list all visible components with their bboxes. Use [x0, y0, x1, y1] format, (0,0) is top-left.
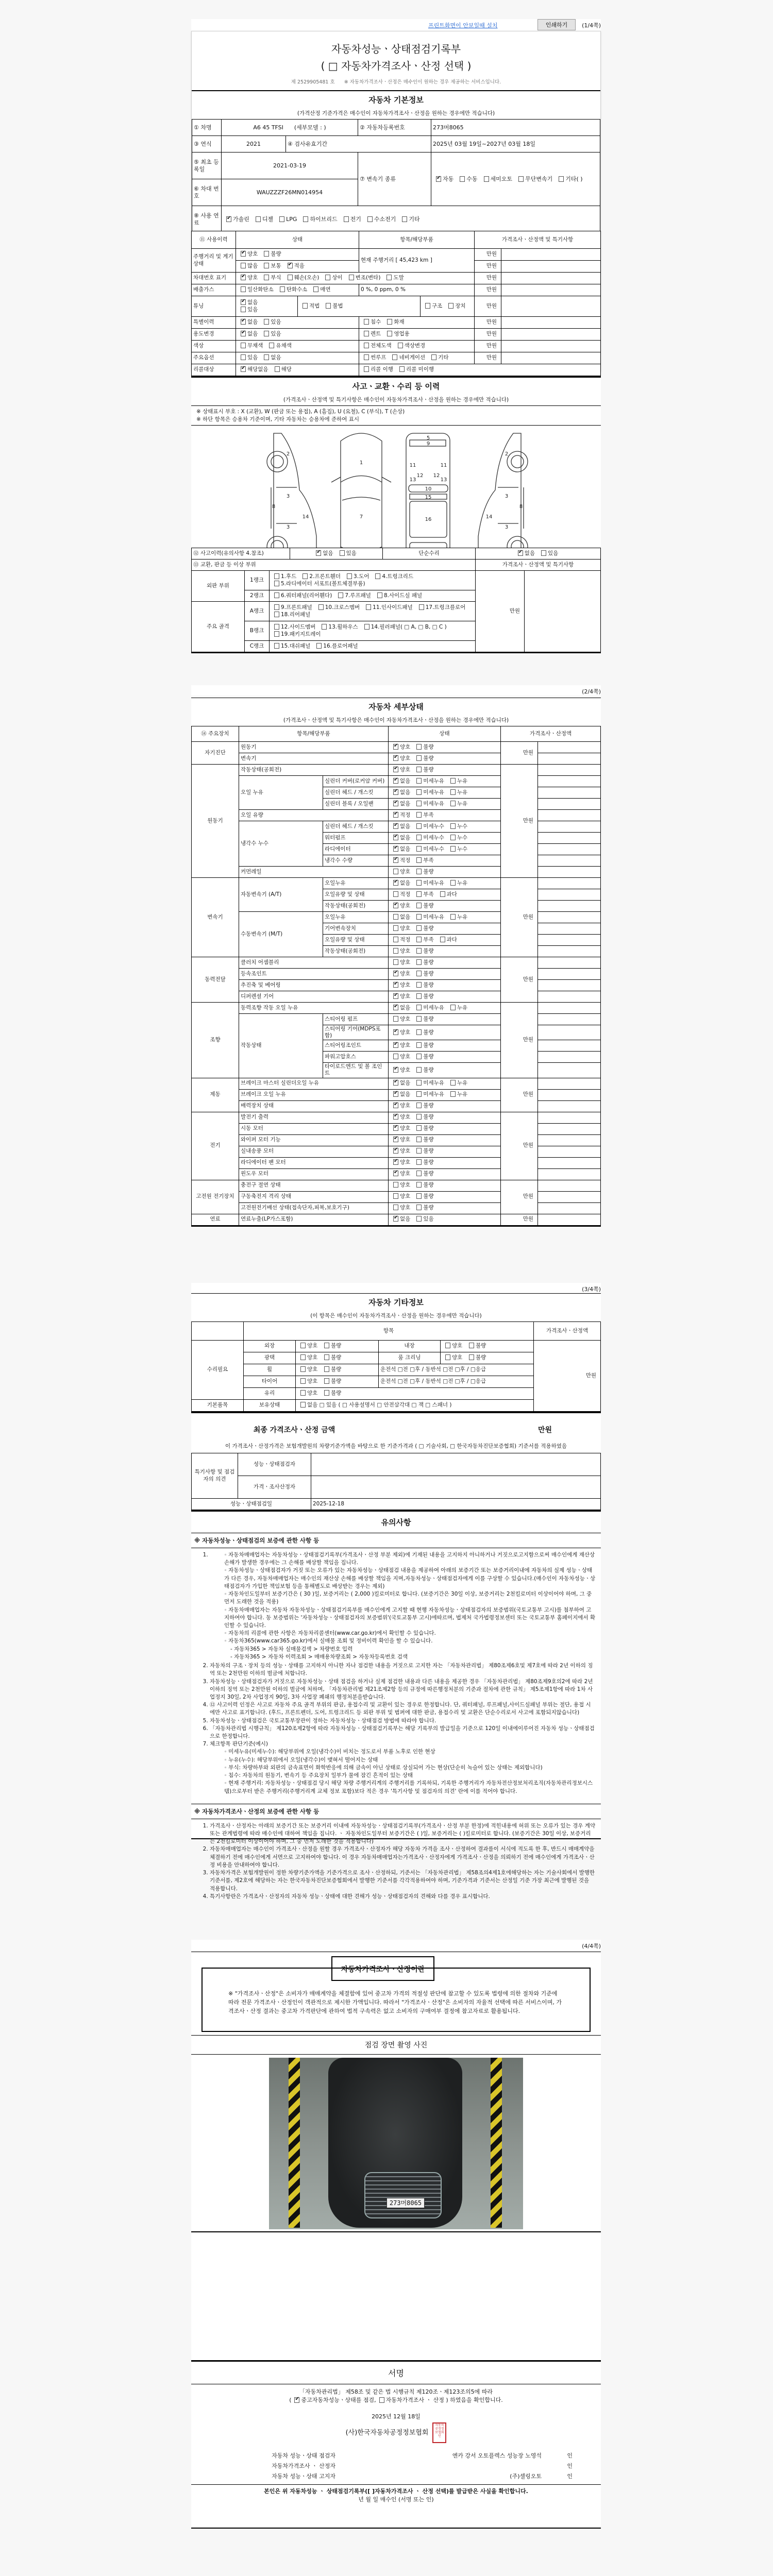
glass-options: 양호 불량 [296, 1388, 534, 1400]
color-label: 색상 [192, 341, 236, 352]
damage-parts-label: ⑬ 교환, 판금 등 이상 부위 [192, 560, 476, 571]
signature-section: 「자동차관리법」 제58조 및 같은 법 시행규칙 제120조ㆍ제123조의5에… [191, 2384, 601, 2446]
appraisal-definition-box: 자동차가격조사ㆍ산정이란 ※ "가격조사ㆍ산정"은 소비자가 매매계약을 체결함… [201, 1968, 591, 2032]
checkbox-icon [419, 604, 424, 610]
svg-text:13: 13 [410, 477, 416, 483]
checkbox-icon [364, 624, 369, 630]
rank-label: A랭크 [245, 602, 270, 621]
status-symbol-notes: ※ 상태표시 부호 : X (교환), W (판금 또는 용접), A (흠집)… [191, 405, 601, 425]
status-symbol-note: ※ 상태표시 부호 : X (교환), W (판금 또는 용접), A (흠집)… [196, 408, 596, 416]
inspection-item: 브레이크 마스터 실린더오일 누유 [239, 1078, 389, 1089]
signer-role: 자동차 성능ㆍ상태 고지자 [191, 2472, 346, 2480]
inspection-state: 없음미세누유누유 [389, 787, 501, 799]
option: 있음 [261, 319, 281, 326]
section-title: 자동차 기본정보 [192, 94, 600, 105]
overall-condition-table: ⑪ 사용이력 상태 항목/해당부품 가격조사ㆍ산정액 및 특기사항 주행거리 및… [191, 231, 601, 376]
checkbox-icon [448, 303, 453, 309]
option: 무채색 [238, 343, 263, 349]
checkbox-icon [274, 592, 279, 598]
checkbox-icon [340, 550, 345, 556]
checkbox-icon [416, 1148, 422, 1154]
rank-items: 1.후드2.프론트휀더3.도어4.트렁크리드5.라디에이터 서포트(볼트체결부품… [270, 571, 476, 590]
checkbox-icon [416, 1016, 422, 1022]
lift-pillar [289, 2058, 300, 2228]
price-value [538, 844, 601, 855]
checkbox-icon [450, 1080, 456, 1086]
price-unit: 만원 [475, 261, 501, 273]
damage-parts-price-label: 가격조사ㆍ산정액 및 특기사항 [476, 560, 601, 571]
signer-name [346, 2462, 542, 2470]
price-value [538, 855, 601, 867]
checkbox-icon [347, 573, 352, 579]
inspection-item: 냉각수 누수 [239, 821, 323, 867]
page-2: 자동차 세부상태 (가격조사ㆍ산정액 및 특기사항은 매수인이 자동차가격조사ㆍ… [191, 698, 601, 1227]
detail-row: 배력장치 상태양호불량 [192, 1100, 601, 1112]
option: 일산화탄소 [238, 286, 274, 293]
checkbox-icon [241, 307, 246, 312]
checkbox-icon [367, 216, 373, 222]
inspection-subitem: 타이로드엔드 및 볼 조인트 [323, 1063, 389, 1078]
checkbox-icon [393, 948, 398, 954]
svg-text:5: 5 [427, 435, 430, 441]
price-value [538, 923, 601, 935]
rank-items: 6.쿼터패널(리어휀다)7.루프패널8.사이드실 패널 [270, 590, 476, 602]
price-value [538, 1089, 601, 1100]
inspection-subitem: 실린더 헤드 / 개스킷 [323, 787, 389, 799]
inspection-state: 적정부족과다 [389, 935, 501, 946]
price-value [538, 1202, 601, 1214]
checked-checkbox-icon [393, 1159, 398, 1165]
price-value [538, 991, 601, 1003]
detail-row: 디퍼렌셜 기어양호불량 [192, 991, 601, 1003]
checked-checkbox-icon [393, 1091, 398, 1097]
checked-checkbox-icon [241, 251, 246, 257]
option: 상이 [322, 275, 342, 281]
checkbox-icon [364, 319, 369, 325]
checked-checkbox-icon [393, 835, 398, 840]
detail-row: 오일 유량적정부족 [192, 810, 601, 821]
price-value [538, 1014, 601, 1025]
option: 있음 [238, 307, 293, 313]
checkbox-icon [416, 835, 422, 840]
option: 침수 [361, 319, 381, 326]
special-history-state: 없음있음 [236, 317, 359, 329]
usage-change-label: 용도변경 [192, 329, 236, 341]
signer-row: 자동차가격조사 ㆍ 산정자인 [191, 2461, 601, 2471]
price-unit: 만원 [475, 317, 501, 329]
notice-item: 자동차의 구조ㆍ장치 등의 성능ㆍ상태를 고지하지 아니한 자나 점검한 내용을… [210, 1662, 596, 1677]
checked-checkbox-icon [393, 993, 398, 999]
signer-name: 엔카 강서 오토플렉스 성능장 노영석 [346, 2451, 542, 2460]
price-value [538, 1112, 601, 1123]
inspection-item: 변속기 [239, 753, 389, 765]
section-subtitle: (가격조사ㆍ산정액 및 특기사항은 매수인이 자동차가격조사ㆍ산정을 원하는 경… [191, 396, 601, 403]
checkbox-icon [288, 275, 293, 280]
print-button[interactable]: 인쇄하기 [537, 19, 576, 30]
checkbox-icon [416, 857, 422, 863]
checkbox-icon [364, 366, 369, 372]
detail-rows: 자기진단원동기양호불량만원변속기양호불량원동기작동상태(공회전)양호불량만원오일… [192, 742, 601, 1226]
checkbox-icon [416, 812, 422, 818]
option: 매연 [310, 286, 330, 293]
main-frame-label: 주요 골격 [192, 602, 245, 652]
checkbox-icon [484, 176, 489, 182]
price-unit: 만원 [501, 957, 538, 1003]
vin-mark-label: 차대번호 표기 [192, 273, 236, 284]
first-reg-value: 2021-03-19 [222, 152, 358, 179]
interior-options: 양호 불량 [441, 1341, 534, 1352]
notice-item: 자동차가격은 보험개발원이 정한 차량기준가액을 기준가격으로 조사ㆍ산정하되,… [210, 1869, 596, 1893]
price-value [538, 912, 601, 923]
tuning-legal: 적법불법 [298, 296, 421, 317]
year-label: ③ 연식 [192, 136, 222, 152]
svg-text:11: 11 [441, 463, 447, 468]
checkbox-icon [416, 1171, 422, 1176]
inspection-item: 오일 유량 [239, 810, 389, 821]
inspection-state: 없음미세누유누유 [389, 776, 501, 787]
price-unit: 만원 [475, 296, 501, 317]
price-unit: 만원 [534, 1341, 601, 1412]
checkbox-icon [326, 303, 331, 309]
inspection-state: 없음미세누유누유 [389, 878, 501, 889]
detail-heading: 자동차 세부상태 (가격조사ㆍ산정액 및 특기사항은 매수인이 자동차가격조사ㆍ… [191, 698, 601, 726]
checked-checkbox-icon [393, 1080, 398, 1086]
rank-items: 15.대쉬패널16.플로어패널 [270, 641, 476, 652]
notice-bullet: 누유(누수): 해당부위에서 오일(냉각수)이 맺혀서 떨어지는 상태 [224, 1756, 596, 1764]
overall-table-wrap: ⑪ 사용이력 상태 항목/해당부품 가격조사ㆍ산정액 및 특기사항 주행거리 및… [191, 231, 601, 585]
official-seal: 자동차공정정보협회인 [432, 2422, 446, 2443]
checkbox-icon [416, 1125, 422, 1131]
seal-mark: 인 [542, 2451, 573, 2460]
device-group-label: 변속기 [192, 878, 239, 957]
checkbox-icon [393, 1193, 398, 1199]
option: 없음 [261, 354, 281, 361]
notice-bullet: 자동차성능ㆍ상태점검자가 거짓 또는 오류가 있는 자동차성능ㆍ상태점검 내용을… [224, 1567, 596, 1590]
col-price: 가격조사ㆍ산정액 [534, 1322, 601, 1341]
inspection-state: 양호불량 [389, 1123, 501, 1134]
option: 전체도색 [361, 343, 392, 349]
checkbox-icon [264, 251, 269, 257]
tire-label: 타이어 [244, 1376, 296, 1388]
buyer-signature-line: 년 월 일 매수인 (서명 또는 인) [191, 2495, 601, 2503]
checked-checkbox-icon [393, 1148, 398, 1154]
inspection-state: 양호불량 [389, 1168, 501, 1180]
usage-change-items: 렌트영업용 [359, 329, 475, 341]
notice-bullet: 미세누유(미세누수): 해당부위에 오일(냉각수)이 비치는 정도로서 부품 노… [224, 1748, 596, 1756]
license-plate: 273머8065 [386, 2198, 425, 2208]
checkbox-icon [274, 631, 279, 637]
checked-checkbox-icon [241, 366, 246, 372]
signature-heading: 서명 [191, 2360, 601, 2384]
checkbox-icon [416, 789, 422, 795]
reg-number-value: 273머8065 [431, 120, 600, 136]
option: 디젤 [253, 216, 273, 223]
device-group-label: 조향 [192, 1003, 239, 1078]
checkbox-icon [274, 612, 279, 617]
option: 장치 [445, 303, 465, 310]
checkbox-icon [366, 604, 371, 610]
checkbox-icon [416, 948, 422, 954]
price-value [538, 1040, 601, 1052]
detail-row: 조향동력조향 작동 오일 누유없음미세누유누유만원 [192, 1003, 601, 1014]
checkbox-icon [264, 319, 269, 325]
option: 기타( ) [556, 176, 582, 183]
checked-checkbox-icon [393, 767, 398, 772]
inspection-state: 양호불량 [389, 1157, 501, 1168]
inspection-date-value: 2025-12-18 [311, 1499, 601, 1510]
price-unit: 만원 [475, 273, 501, 284]
reg-number-label: ② 자동차등록번호 [358, 120, 431, 136]
appraisal-warranty-heading: ※ 자동차가격조사ㆍ산정의 보증에 관한 사항 등 [191, 1804, 601, 1819]
price-value [538, 1157, 601, 1168]
option: 없음 [313, 550, 333, 557]
svg-text:16: 16 [425, 517, 432, 522]
inspection-item: 고전원전기배선 상태(접속단자,피복,보호기구) [239, 1202, 389, 1214]
checkbox-icon [416, 959, 422, 965]
checkbox-icon [416, 971, 422, 976]
price-value [538, 742, 601, 753]
checkbox-icon [393, 937, 398, 942]
checkbox-icon [393, 1205, 398, 1210]
usage-change-state: 없음있음 [236, 329, 359, 341]
option: 있음 [261, 331, 281, 337]
fuel-label: ⑧ 사용 연료 [192, 206, 222, 233]
col-item: 항목/해당부품 [359, 231, 475, 249]
checked-checkbox-icon [393, 789, 398, 795]
svg-text:12: 12 [417, 473, 424, 479]
page-3: 자동차 기타정보 (이 항목은 매수인이 자동차가격조사ㆍ산정을 원하는 경우에… [191, 1293, 601, 1839]
checkbox-icon [416, 1080, 422, 1086]
checked-checkbox-icon [393, 744, 398, 750]
price-value [538, 765, 601, 776]
checkbox-icon [364, 343, 369, 348]
price-value [538, 901, 601, 912]
inspection-state: 양호불량 [389, 1052, 501, 1063]
checkbox-icon [393, 1182, 398, 1188]
notice-bullet: 부식: 차량하부와 외판의 금속표면이 화학반응에 의해 금속이 아닌 상태로 … [224, 1764, 596, 1772]
inspection-state: 양호불량 [389, 1146, 501, 1157]
rank-row: 외판 부위1랭크1.후드2.프론트휀더3.도어4.트렁크리드5.라디에이터 서포… [192, 571, 601, 590]
checkbox-icon [392, 354, 397, 360]
notice-items: 가격조사ㆍ산정자는 아래의 보증기간 또는 보증거리 이내에 자동차성능ㆍ상태점… [196, 1822, 596, 1901]
inspection-item: 라디에이터 팬 모터 [239, 1157, 389, 1168]
inspection-state: 양호불량 [389, 991, 501, 1003]
page-number: (3/4쪽) [191, 1283, 601, 1293]
option: 탄화수소 [277, 286, 308, 293]
inspection-state: 없음미세누유누유 [389, 799, 501, 810]
svg-text:1: 1 [360, 460, 363, 466]
notice-item: 자동차성능ㆍ상태점검자가 거짓으로 자동차성능ㆍ상태 점검을 하거나 실제 점검… [210, 1678, 596, 1702]
checked-checkbox-icon [393, 1137, 398, 1142]
svg-text:13: 13 [441, 477, 447, 483]
device-group-label: 제동 [192, 1078, 239, 1112]
main-option-items: 썬루프네비게이션기타 [359, 352, 475, 364]
detail-row: 브레이크 오일 누유없음미세누유누유 [192, 1089, 601, 1100]
svg-text:3: 3 [287, 494, 290, 499]
section-subtitle: (가격산정 기준가격은 매수인이 자동차가격조사ㆍ산정을 원하는 경우에만 적습… [192, 109, 600, 117]
checked-checkbox-icon [226, 216, 231, 222]
signature-law: 「자동차관리법」 제58조 및 같은 법 시행규칙 제120조ㆍ제123조의5에… [191, 2387, 601, 2396]
svg-text:14: 14 [486, 514, 493, 520]
inspection-state: 양호불량 [389, 1191, 501, 1202]
option: 있음 [538, 550, 558, 557]
checkbox-icon [416, 993, 422, 999]
checkbox-icon [450, 778, 456, 784]
main-option-state: 있음없음 [236, 352, 359, 364]
inspection-subitem: 작동상태(공회전) [323, 901, 389, 912]
price-unit: 만원 [501, 1003, 538, 1078]
checkbox-icon [416, 1159, 422, 1165]
checked-checkbox-icon [393, 1216, 398, 1222]
signer-role: 자동차 성능ㆍ상태 점검자 [191, 2451, 346, 2460]
inspection-state: 양호불량 [389, 946, 501, 957]
checkbox-icon [393, 1054, 398, 1059]
rank-items: 9.프론트패널10.크로스멤버11.인사이드패널17.트렁크플로어18.리어패널 [270, 602, 476, 621]
checkbox-icon [416, 1103, 422, 1108]
checkbox-icon [393, 959, 398, 965]
checkbox-icon [416, 982, 422, 988]
col-price: 가격조사ㆍ산정액 [501, 726, 601, 742]
inspection-state: 적정부족과다 [389, 889, 501, 901]
price-value [538, 1134, 601, 1146]
checked-checkbox-icon [393, 812, 398, 818]
detail-row: 수동변속기 (M/T)오일누유없음미세누유누유 [192, 912, 601, 923]
inspection-item: 자동변속기 (A/T) [239, 878, 323, 912]
document-title: 자동차성능ㆍ상태점검기록부 [192, 41, 600, 56]
detail-row: 라디에이터 팬 모터양호불량 [192, 1157, 601, 1168]
checked-checkbox-icon [393, 982, 398, 988]
inspector-opinion-label: 성능ㆍ상태점검자 [238, 1453, 311, 1476]
detail-row: 작동상태스티어링 펌프양호불량 [192, 1014, 601, 1025]
price-unit: 만원 [501, 1180, 538, 1214]
inspection-item: 발전기 출력 [239, 1112, 389, 1123]
inspection-item: 오일 누유 [239, 776, 323, 810]
outer-panel-label: 외판 부위 [192, 571, 245, 602]
car-grille [364, 2172, 442, 2218]
checkbox-icon [541, 550, 546, 556]
print-help-link[interactable]: 프린트화면이 안보일때 설치 [428, 21, 498, 29]
device-group-label: 고전원 전기장치 [192, 1180, 239, 1214]
checkbox-icon [416, 823, 422, 829]
inspection-subitem: 실린더 커버(로커암 커버) [323, 776, 389, 787]
price-value [538, 1180, 601, 1191]
svg-text:11: 11 [410, 463, 416, 468]
special-history-label: 특별이력 [192, 317, 236, 329]
detail-row: 등속조인트양호불량 [192, 969, 601, 980]
notice-dash-line: - 자동차365 > 자동차 이력조회 > 매매용차량조회 > 자동차등록번호 … [230, 1653, 596, 1661]
mileage-label: 주행거리 및 계기상태 [192, 249, 236, 273]
price-value [538, 799, 601, 810]
inspection-state: 양호불량 [389, 867, 501, 878]
checkbox-icon [559, 176, 564, 182]
checkbox-icon [450, 789, 456, 795]
col-device: ⑭ 주요장치 [192, 726, 239, 742]
inspection-state: 양호불량 [389, 923, 501, 935]
checkbox-icon [375, 573, 380, 579]
inspection-state: 양호불량 [389, 969, 501, 980]
checked-checkbox-icon [393, 846, 398, 852]
checked-checkbox-icon [393, 823, 398, 829]
simple-repair-label: 단순수리 [383, 548, 476, 560]
device-group-label: 동력전달 [192, 957, 239, 1003]
notice-bullet: 자동차매매업자는 자동차성능ㆍ상태점검기록부(가격조사ㆍ산정 부분 제외)에 기… [224, 1551, 596, 1567]
tire-options: 양호 불량 [296, 1376, 379, 1388]
option: LPG [276, 216, 297, 223]
checkbox-icon [425, 303, 430, 309]
inspection-item: 윈도우 모터 [239, 1168, 389, 1180]
interior-label: 내장 [379, 1341, 441, 1352]
price-unit: 만원 [501, 1112, 538, 1180]
submodel: (세부모델 : ) [294, 124, 326, 131]
accident-history-label: ⑫ 사고이력(유의사항 4.참조) [192, 548, 290, 560]
buyer-confirmation: 본인은 위 자동차성능 ㆍ 상태점검기록부([ ]자동차가격조사 ㆍ 산정 선택… [191, 2484, 601, 2506]
appraisal-definition-text: ※ "가격조사ㆍ산정"은 소비자가 매매계약을 체결함에 있어 중고차 가격의 … [228, 1989, 564, 2015]
inspection-item: 작동상태(공회전) [239, 765, 389, 776]
option: 색상변경 [395, 343, 426, 349]
price-value [538, 810, 601, 821]
final-price: 최종 가격조사ㆍ산정 금액 만원 [191, 1412, 601, 1439]
checkbox-icon [387, 319, 392, 325]
emission-value: 0 %, 0 ppm, 0 % [359, 284, 475, 296]
option: 없음 [515, 550, 535, 557]
inspection-subitem: 파워고압호스 [323, 1052, 389, 1063]
col-item: 항목/해당부품 [239, 726, 389, 742]
price-standard-statement: 이 가격조사ㆍ산정가격은 보험개발원의 차량기준가액을 바탕으로 한 기준가격과… [191, 1439, 601, 1453]
year-value: 2021 [222, 136, 286, 152]
price-unit: 만원 [501, 1078, 538, 1112]
price-unit: 만원 [501, 742, 538, 765]
inspection-state: 양호불량 [389, 1025, 501, 1040]
final-price-label: 최종 가격조사ㆍ산정 금액 [191, 1425, 397, 1435]
option: 도말 [383, 275, 404, 281]
detail-row: 변속기양호불량 [192, 753, 601, 765]
checkbox-icon [450, 823, 456, 829]
basic-items-label: 기본품목 [192, 1400, 244, 1412]
checkbox-icon [416, 903, 422, 908]
checkbox-icon [416, 755, 422, 761]
inspection-item: 동력조향 작동 오일 누유 [239, 1003, 389, 1014]
checkbox-icon [386, 275, 392, 280]
checkbox-icon [364, 354, 369, 360]
section-title: 자동차 세부상태 [191, 701, 601, 712]
svg-text:2: 2 [505, 451, 508, 457]
notice-bullet: 침수: 자동차의 원동기, 변속기 등 주요장치 일부가 물에 잠긴 흔적이 있… [224, 1772, 596, 1780]
appraisal-warranty-notes: 가격조사ㆍ산정자는 아래의 보증기간 또는 보증거리 이내에 자동차성능ㆍ상태점… [191, 1819, 601, 1909]
price-unit: 만원 [475, 341, 501, 352]
option: 많음 [238, 263, 258, 269]
checkbox-icon [450, 835, 456, 840]
inspection-state: 적정부족 [389, 855, 501, 867]
option: 세미오토 [481, 176, 513, 183]
detail-row: 오일 누유실린더 커버(로커암 커버)없음미세누유누유 [192, 776, 601, 787]
inspection-subitem: 라디에이터 [323, 844, 389, 855]
option: 적법 [299, 303, 320, 310]
detail-row: 추진축 및 베어링양호불량 [192, 980, 601, 991]
inspection-item: 와이퍼 모터 기능 [239, 1134, 389, 1146]
color-items: 전체도색색상변경 [359, 341, 475, 352]
inspection-state: 없음미세누수누수 [389, 844, 501, 855]
checkbox-icon [325, 275, 330, 280]
checkbox-icon [364, 331, 369, 336]
option: 영업용 [384, 331, 409, 337]
checked-checkbox-icon [393, 880, 398, 886]
other-info-table: 항목 가격조사ㆍ산정액 수리필요 외장 양호 불량 내장 양호 불량 만원 광택… [191, 1321, 601, 1412]
svg-text:3: 3 [287, 524, 290, 530]
checkbox-icon [303, 573, 308, 579]
service-notice: ※ 자동차가격조사ㆍ산정은 매수인이 원하는 경우 제공하는 서비스입니다. [344, 79, 501, 85]
price-value [538, 776, 601, 787]
checkbox-icon [344, 216, 349, 222]
